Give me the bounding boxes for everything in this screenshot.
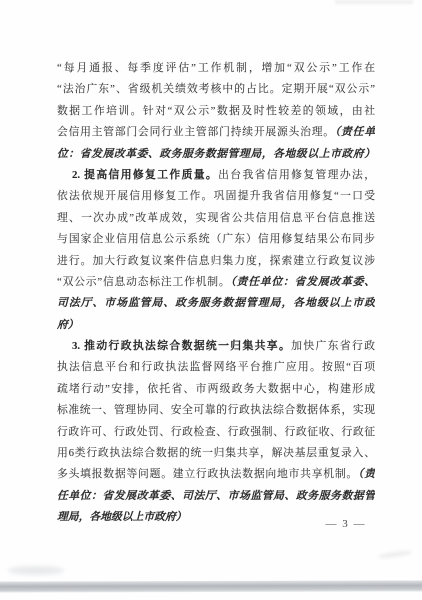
text-line: “每月通报、每季度评估”工作机制，增加“双公示”工作在 [57, 58, 375, 79]
scan-mark [378, 550, 412, 560]
text-segment: 与国家企业信用信息公示系统（广东）信用修复结果公布同步 [57, 233, 375, 245]
text-line: 行政许可、行政处罚、行政检查、行政强制、行政征收、行政征 [57, 422, 375, 443]
text-segment: 任单位：省发展改革委、司法厅、市场监管局、政务服务数据管 [57, 490, 375, 502]
text-segment: （责任单位：省发展改革委、 [230, 276, 375, 288]
text-line: 进行。加大行政复议案件信息归集力度，探索建立行政复议涉 [57, 251, 375, 272]
text-line: 3. 推动行政执法综合数据统一归集共享。加快广东省行政 [57, 336, 375, 357]
paragraph: 2. 提高信用修复工作质量。出台我省信用修复管理办法，依法依规开展信用修复工作。… [57, 165, 375, 336]
text-segment: 疏堵行动”安排，依托省、市两级政务大数据中心，构建形成 [57, 383, 375, 395]
scan-mark-top [335, 0, 413, 4]
text-segment: 数据工作培训。针对“双公示”数据及时性较差的领域，由社 [57, 105, 375, 117]
text-segment: 司法厅、市场监管局、政务服务数据管理局，各地级以上市政 [57, 297, 375, 309]
text-line: 用6类行政执法综合数据的统一归集共享，解决基层重复录入、 [57, 443, 375, 464]
paragraph: “每月通报、每季度评估”工作机制，增加“双公示”工作在“法治广东”、省级机关绩效… [57, 58, 375, 165]
text-segment: 执法信息平台和行政执法监督网络平台推广应用。按照“百项 [57, 361, 375, 373]
text-block: “每月通报、每季度评估”工作机制，增加“双公示”工作在“法治广东”、省级机关绩效… [57, 58, 375, 529]
scan-smudge [8, 566, 64, 575]
text-line: 多头填报数据等问题。建立行政执法数据向地市共享机制。（责 [57, 464, 375, 485]
text-segment: 行政许可、行政处罚、行政检查、行政强制、行政征收、行政征 [57, 426, 375, 438]
text-line: 司法厅、市场监管局、政务服务数据管理局，各地级以上市政 [57, 293, 375, 314]
text-line: 与国家企业信用信息公示系统（广东）信用修复结果公布同步 [57, 229, 375, 250]
text-segment: “法治广东”、省级机关绩效考核中的占比。定期开展“双公示” [57, 83, 375, 95]
text-segment: 理、一次办成”改革成效，实现省公共信用信息平台信息推送 [57, 212, 375, 224]
text-segment: （责任单 [335, 126, 375, 138]
text-line: 理、一次办成”改革成效，实现省公共信用信息平台信息推送 [57, 208, 375, 229]
text-segment: 府） [57, 319, 79, 331]
paragraph: 3. 推动行政执法综合数据统一归集共享。加快广东省行政执法信息平台和行政执法监督… [57, 336, 375, 529]
text-segment: 标准统一、管理协同、安全可靠的行政执法综合数据体系，实现 [57, 404, 375, 416]
document-page: “每月通报、每季度评估”工作机制，增加“双公示”工作在“法治广东”、省级机关绩效… [0, 0, 422, 600]
text-segment: 多头填报数据等问题。建立行政执法数据向地市共享机制。 [57, 468, 358, 480]
text-segment: 出台我省信用修复管理办法， [218, 169, 375, 181]
text-segment: 加快广东省行政 [291, 340, 375, 352]
text-line: “法治广东”、省级机关绩效考核中的占比。定期开展“双公示” [57, 79, 375, 100]
text-segment: 用6类行政执法综合数据的统一归集共享，解决基层重复录入、 [57, 447, 375, 459]
text-line: 府） [57, 315, 375, 336]
text-line: 执法信息平台和行政执法监督网络平台推广应用。按照“百项 [57, 357, 375, 378]
text-segment: 会信用主管部门会同行业主管部门持续开展源头治理。 [57, 126, 335, 138]
scan-edge-shadow [0, 580, 422, 592]
text-segment: “每月通报、每季度评估”工作机制，增加“双公示”工作在 [57, 62, 375, 74]
text-line: 位：省发展改革委、政务服务数据管理局，各地级以上市政府） [57, 144, 375, 165]
page-number: — 3 — [290, 518, 366, 530]
text-segment: 位：省发展改革委、政务服务数据管理局，各地级以上市政府） [57, 148, 375, 160]
text-segment: “双公示”信息动态标注工作机制。 [57, 276, 230, 288]
text-line: 数据工作培训。针对“双公示”数据及时性较差的领域，由社 [57, 101, 375, 122]
text-line: 疏堵行动”安排，依托省、市两级政务大数据中心，构建形成 [57, 379, 375, 400]
text-segment: （责 [358, 468, 375, 480]
text-segment: 理局，各地级以上市政府） [57, 511, 187, 523]
text-segment: 3. 推动行政执法综合数据统一归集共享。 [72, 340, 291, 352]
text-line: 任单位：省发展改革委、司法厅、市场监管局、政务服务数据管 [57, 486, 375, 507]
text-line: “双公示”信息动态标注工作机制。（责任单位：省发展改革委、 [57, 272, 375, 293]
text-segment: 2. 提高信用修复工作质量。 [72, 169, 218, 181]
text-line: 标准统一、管理协同、安全可靠的行政执法综合数据体系，实现 [57, 400, 375, 421]
text-segment: 依法依规开展信用修复工作。巩固提升我省信用修复“一口受 [57, 190, 375, 202]
text-line: 依法依规开展信用修复工作。巩固提升我省信用修复“一口受 [57, 186, 375, 207]
text-segment: 进行。加大行政复议案件信息归集力度，探索建立行政复议涉 [57, 255, 375, 267]
text-line: 2. 提高信用修复工作质量。出台我省信用修复管理办法， [57, 165, 375, 186]
text-line: 会信用主管部门会同行业主管部门持续开展源头治理。（责任单 [57, 122, 375, 143]
